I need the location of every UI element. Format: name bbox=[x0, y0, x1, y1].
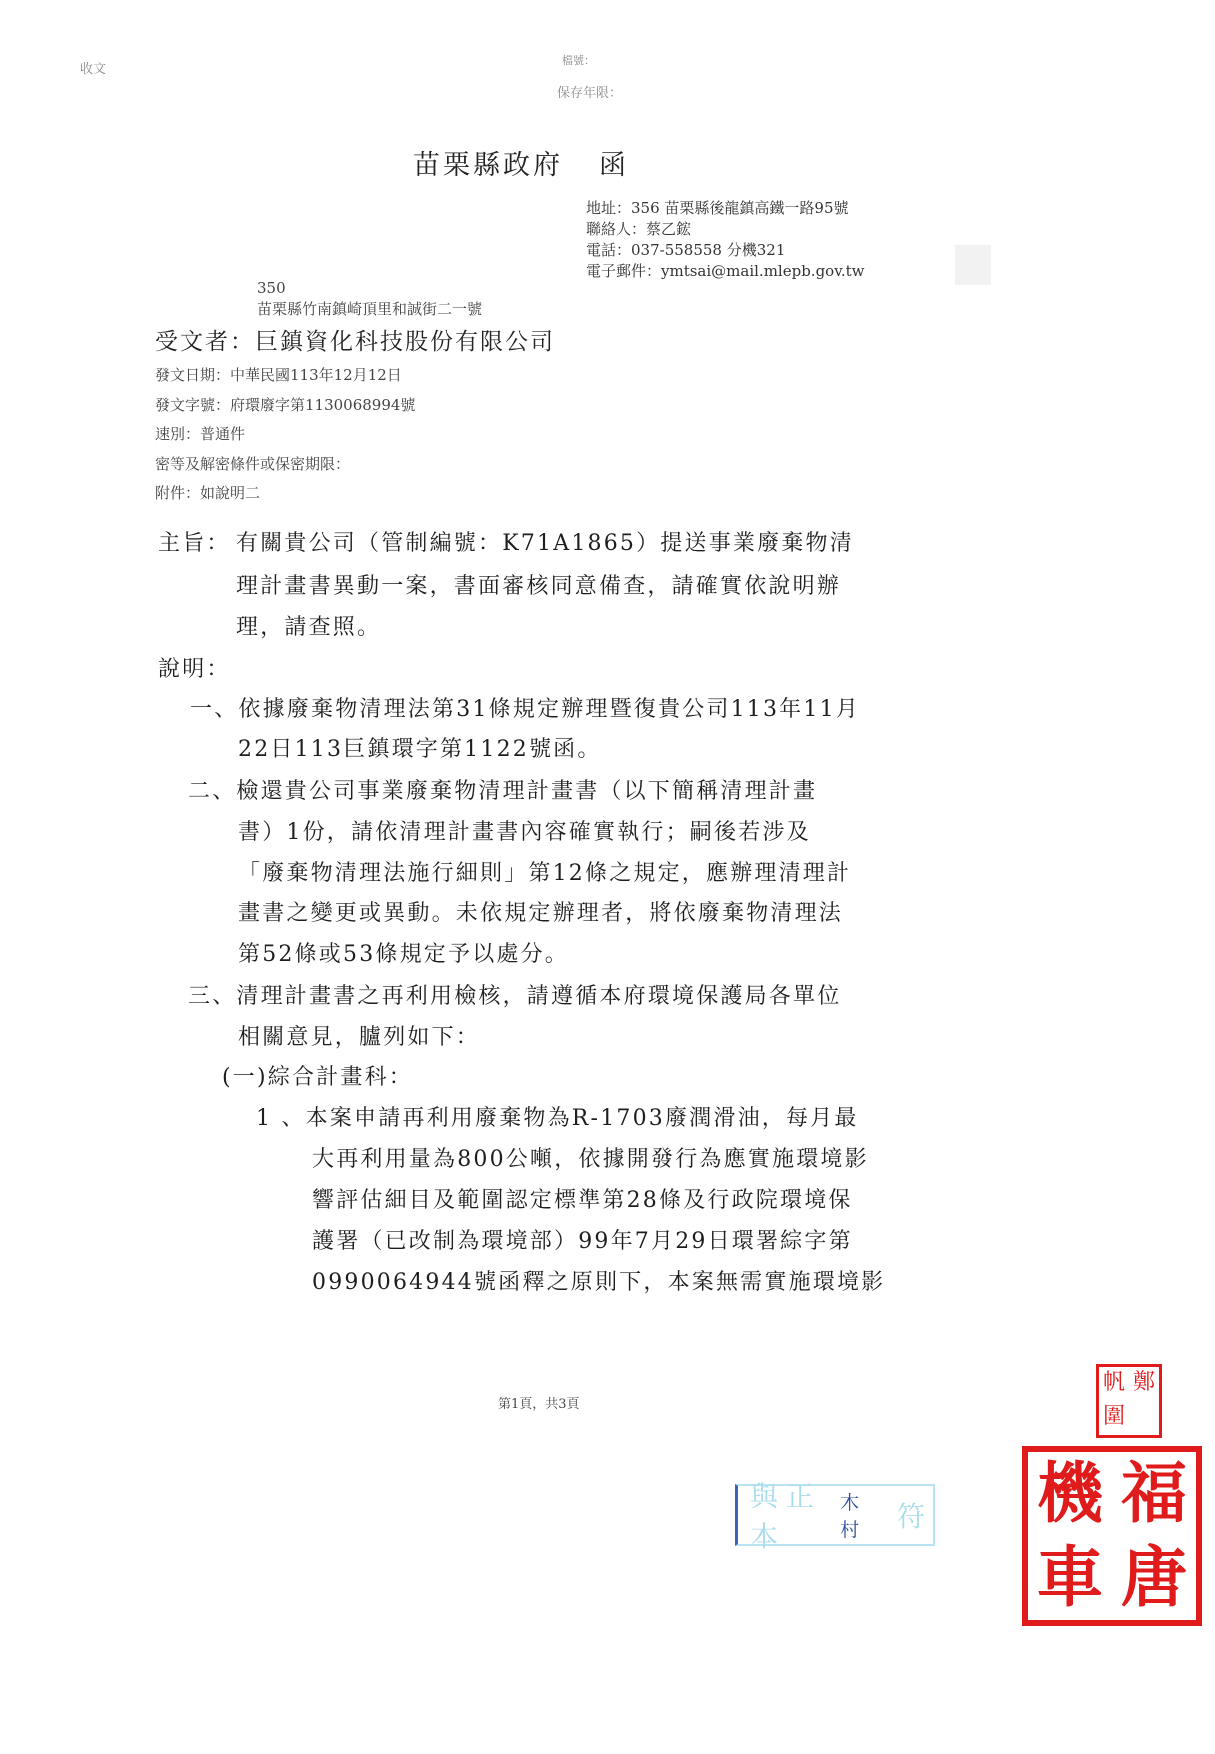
contact-block: 地址：356 苗栗縣後龍鎮高鐵一路95號 聯絡人：蔡乙鋐 電話：037-5585… bbox=[586, 198, 865, 282]
file-number-mark: 檔號： bbox=[562, 52, 595, 68]
document-type: 函 bbox=[599, 150, 629, 181]
explanation-item-2: 書）1份，請依清理計畫書內容確實執行；嗣後若涉及 bbox=[238, 815, 811, 846]
contact-email: 電子郵件：ymtsai@mail.mlepb.gov.tw bbox=[586, 261, 865, 282]
subsection-point-1: 1 、本案申請再利用廢棄物為R-1703廢潤滑油，每月最 bbox=[256, 1101, 859, 1132]
document-meta: 發文日期：中華民國113年12月12日 發文字號：府環廢字第1130068994… bbox=[155, 361, 415, 509]
document-title: 苗栗縣政府函 bbox=[413, 143, 629, 182]
contact-phone: 電話：037-558558 分機321 bbox=[586, 240, 865, 261]
attachment: 附件：如說明二 bbox=[155, 479, 415, 509]
seal-char: 車 bbox=[1028, 1536, 1112, 1620]
seal-char: 帆 bbox=[1099, 1367, 1129, 1401]
issuer-name: 苗栗縣政府 bbox=[413, 150, 563, 181]
explanation-item-2: 二、檢還貴公司事業廢棄物清理計畫書（以下簡稱清理計畫 bbox=[188, 774, 817, 805]
recipient-name: 巨鎮資化科技股份有限公司 bbox=[255, 329, 555, 355]
explanation-item-2: 第52條或53條規定予以處分。 bbox=[238, 937, 569, 968]
seal-char: 機 bbox=[1028, 1452, 1112, 1536]
seal-char: 鄭 bbox=[1129, 1367, 1159, 1401]
subsection-point-1: 護署（已改制為環境部）99年7月29日環署綜字第 bbox=[312, 1224, 853, 1255]
explanation-label: 說明： bbox=[158, 652, 231, 683]
certified-copy-stamp: 與正本 木 村 符 bbox=[735, 1484, 935, 1546]
stamp-faint-text: 與正本 bbox=[750, 1475, 840, 1555]
subsection-point-1: 0990064944號函釋之原則下，本案無需實施環境影 bbox=[312, 1265, 885, 1296]
received-mark: 收文 bbox=[80, 58, 106, 77]
recipient-street-address: 苗栗縣竹南鎮崎頂里和誠街二一號 bbox=[257, 299, 482, 320]
seal-char: 圍 bbox=[1099, 1401, 1129, 1435]
explanation-item-1: 一、依據廢棄物清理法第31條規定辦理暨復貴公司113年11月 bbox=[190, 692, 860, 723]
issue-number: 發文字號：府環廢字第1130068994號 bbox=[155, 391, 415, 421]
postal-code: 350 bbox=[257, 278, 482, 299]
issue-date: 發文日期：中華民國113年12月12日 bbox=[155, 361, 415, 391]
recipient-label: 受文者： bbox=[155, 329, 255, 355]
scan-noise bbox=[955, 245, 991, 285]
subject-line: 理，請查照。 bbox=[236, 610, 381, 641]
retention-period-label: 保存年限： bbox=[557, 82, 622, 101]
page-indicator: 第1頁，共3頁 bbox=[498, 1393, 580, 1412]
contact-address: 地址：356 苗栗縣後龍鎮高鐵一路95號 bbox=[586, 198, 865, 219]
subject-line: 理計畫書異動一案，書面審核同意備查，請確實依說明辦 bbox=[236, 569, 841, 600]
subsection-label: (一)綜合計畫科： bbox=[222, 1060, 413, 1091]
stamp-faint-tail: 符 bbox=[897, 1495, 933, 1535]
stamp-signature: 木 村 bbox=[840, 1488, 897, 1542]
seal-char bbox=[1129, 1401, 1159, 1435]
recipient-line: 受文者：巨鎮資化科技股份有限公司 bbox=[155, 323, 555, 356]
classification: 密等及解密條件或保密期限： bbox=[155, 450, 415, 480]
explanation-item-1: 22日113巨鎮環字第1122號函。 bbox=[238, 732, 602, 763]
recipient-address-block: 350 苗栗縣竹南鎮崎頂里和誠街二一號 bbox=[257, 278, 482, 320]
subsection-point-1: 大再利用量為800公噸，依據開發行為應實施環境影 bbox=[312, 1142, 869, 1173]
contact-person: 聯絡人：蔡乙鋐 bbox=[586, 219, 865, 240]
explanation-item-2: 畫書之變更或異動。未依規定辦理者，將依廢棄物清理法 bbox=[238, 896, 843, 927]
explanation-item-3: 相關意見，臚列如下： bbox=[238, 1020, 480, 1051]
personal-seal: 帆 鄭 圍 bbox=[1096, 1364, 1162, 1438]
delivery-type: 速別：普通件 bbox=[155, 420, 415, 450]
seal-char: 唐 bbox=[1112, 1536, 1196, 1620]
explanation-item-3: 三、清理計畫書之再利用檢核，請遵循本府環境保護局各單位 bbox=[188, 979, 841, 1010]
official-seal: 機 福 車 唐 bbox=[1022, 1446, 1202, 1626]
subject-line: 有關貴公司（管制編號：K71A1865）提送事業廢棄物清 bbox=[236, 526, 854, 557]
subject-label: 主旨： bbox=[158, 526, 231, 557]
explanation-item-2: 「廢棄物清理法施行細則」第12條之規定，應辦理清理計 bbox=[238, 856, 851, 887]
seal-char: 福 bbox=[1112, 1452, 1196, 1536]
subsection-point-1: 響評估細目及範圍認定標準第28條及行政院環境保 bbox=[312, 1183, 853, 1214]
